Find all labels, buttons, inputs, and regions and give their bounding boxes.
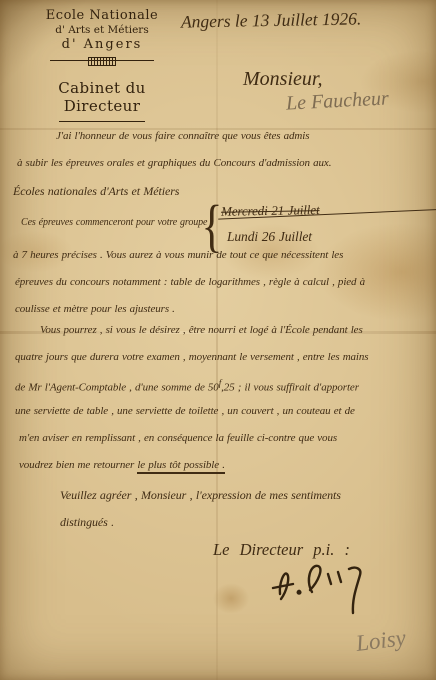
recipient-name: Le Faucheur — [285, 87, 389, 115]
exam-date-kept: Lundi 26 Juillet — [227, 229, 312, 245]
body-line-p2-2: épreuves du concours notamment : table d… — [15, 276, 365, 288]
body-line-p3-3b: ,25 ; il vous suffirait d'apporter — [221, 382, 359, 394]
pencil-note: Loisy — [355, 625, 408, 657]
letterhead-school-line2: d' Arts et Métiers — [26, 24, 178, 36]
exam-date-cancelled: Mercredi 21 Juillet — [221, 196, 436, 220]
letterhead-ornament-rule — [50, 56, 154, 65]
letterhead-office-underline — [59, 121, 145, 122]
closing-line-2: distingués . — [60, 515, 114, 530]
body-line-p1-1: J'ai l'honneur de vous faire connaître q… — [56, 130, 309, 142]
body-line-p3-2: quatre jours que durera votre examen , m… — [15, 351, 368, 363]
scanned-letter-page: Ecole Nationale d' Arts et Métiers d' An… — [0, 0, 436, 680]
body-line-p3-3: de Mr l'Agent-Comptable , d'une somme de… — [15, 378, 359, 394]
body-line-p1-3: Écoles nationales d'Arts et Métiers — [13, 184, 179, 199]
dateline: Angers le 13 Juillet 1926. — [181, 8, 362, 32]
body-line-p1-2: à subir les épreuves orales et graphique… — [17, 157, 331, 169]
letterhead: Ecole Nationale d' Arts et Métiers d' An… — [26, 8, 178, 122]
body-line-p3-4: une serviette de table , une serviette d… — [15, 405, 355, 417]
underlined-phrase: le plus tôt possible . — [137, 459, 225, 474]
body-line-p3-5: m'en aviser en remplissant , en conséque… — [19, 432, 337, 444]
letterhead-ornament-hatch — [88, 57, 116, 66]
director-signature — [266, 556, 376, 627]
body-line-p2-1: à 7 heures précises . Vous aurez à vous … — [13, 249, 343, 261]
body-line-p3-6a: voudrez bien me retourner — [19, 459, 137, 471]
vertical-fold-crease — [216, 0, 218, 680]
closing-line-1: Veuillez agréer , Monsieur , l'expressio… — [60, 488, 341, 503]
body-line-p2-3: coulisse et mètre pour les ajusteurs . — [15, 303, 175, 315]
body-line-p3-3a: de Mr l'Agent-Comptable , d'une somme de… — [15, 382, 219, 394]
salutation: Monsieur, — [243, 68, 322, 91]
letterhead-school-line3: d' Angers — [26, 37, 178, 52]
director-signature-icon — [266, 556, 376, 622]
letterhead-school-line1: Ecole Nationale — [26, 8, 178, 23]
body-line-p3-6: voudrez bien me retourner le plus tôt po… — [19, 459, 225, 471]
letterhead-office-title: Cabinet du Directeur — [26, 79, 178, 115]
body-line-p3-1: Vous pourrez , si vous le désirez , être… — [40, 324, 363, 336]
body-line-p2-intro: Ces épreuves commenceront pour votre gro… — [21, 217, 207, 228]
